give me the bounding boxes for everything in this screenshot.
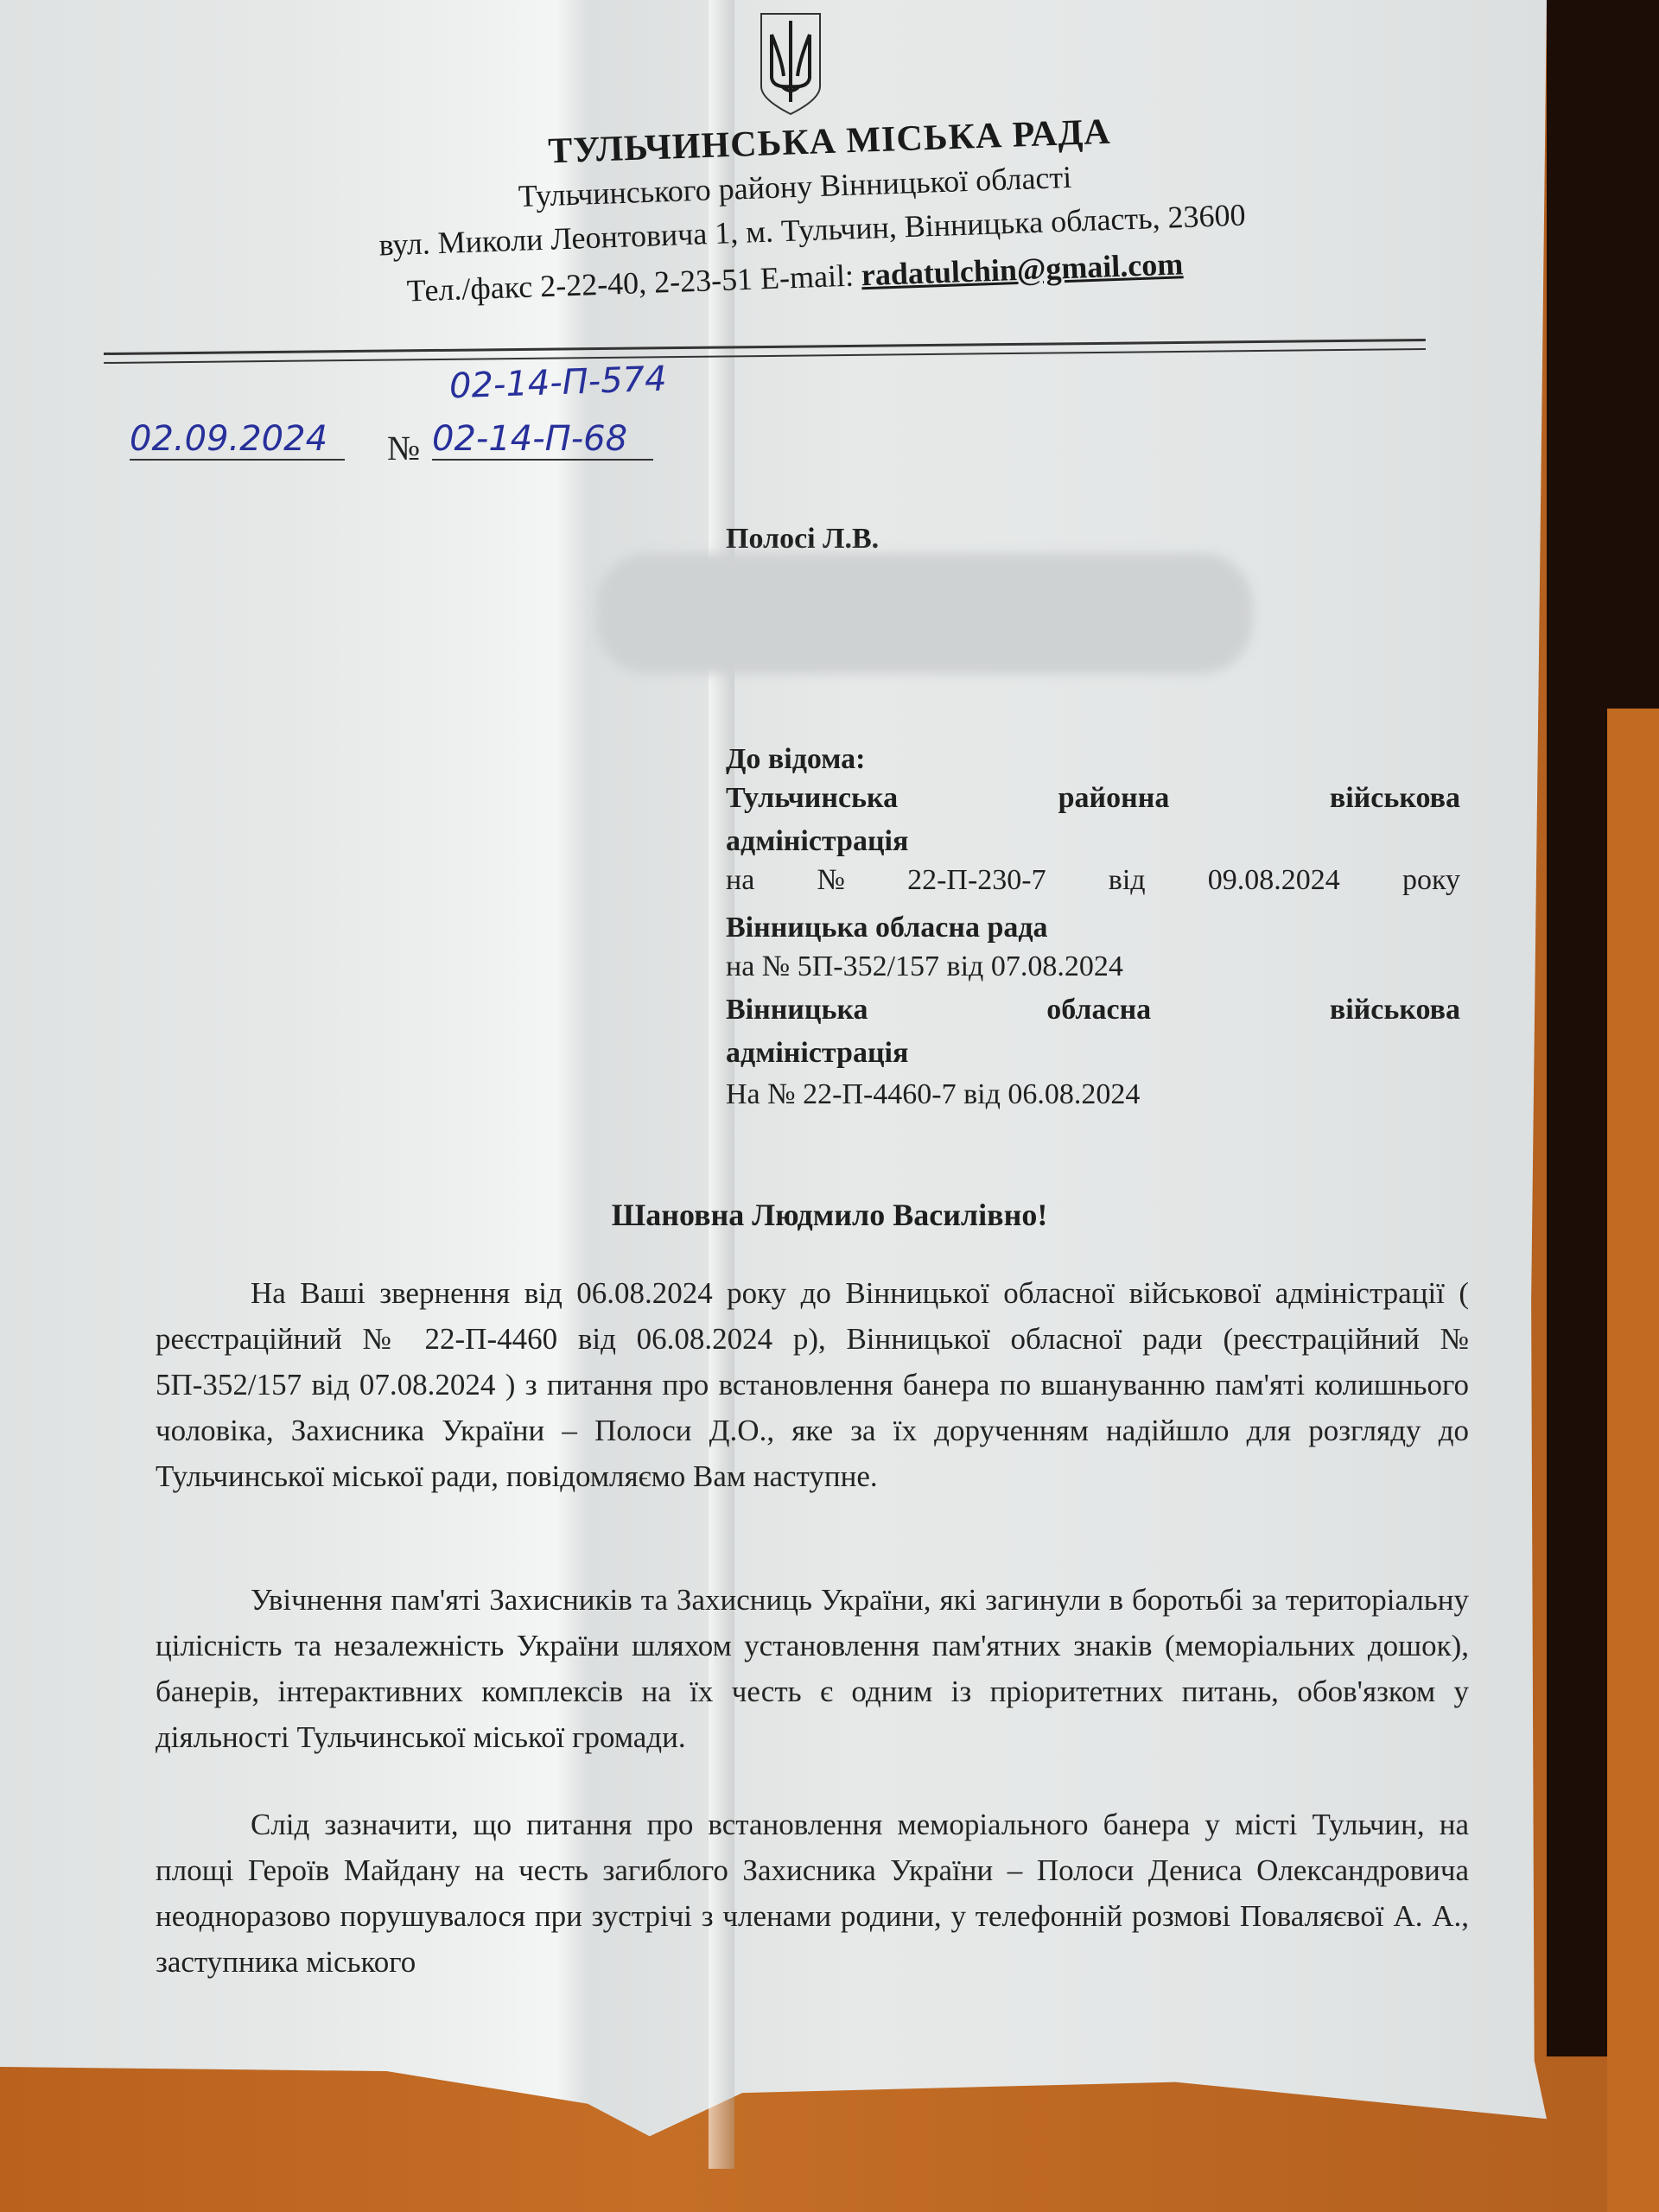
cc-label: До відома: bbox=[726, 743, 1460, 776]
handwritten-incoming-number: 02-14-П-574 bbox=[448, 359, 667, 407]
salutation: Шановна Людмило Василівно! bbox=[0, 1197, 1659, 1233]
cc-ref-3: На № 22-П-4460-7 від 06.08.2024 bbox=[726, 1078, 1460, 1111]
recipient-name: Полосі Л.В. bbox=[726, 523, 1460, 556]
handwritten-outgoing-number: 02-14-П-68 bbox=[432, 419, 653, 461]
cc-org-1-line2: адміністрація bbox=[726, 825, 1460, 858]
table-surface-wood bbox=[1607, 709, 1659, 2212]
redacted-address bbox=[596, 553, 1253, 674]
number-sign: № bbox=[387, 428, 420, 468]
handwritten-date: 02.09.2024 bbox=[130, 419, 345, 461]
body-paragraph-2: Увічнення пам'яті Захисників та Захисниц… bbox=[156, 1577, 1469, 1760]
cc-org-1: Тульчинська районна військова bbox=[726, 782, 1460, 815]
cc-org-3: Вінницька обласна військова bbox=[726, 994, 1460, 1027]
cc-org-2: Вінницька обласна рада bbox=[726, 912, 1460, 944]
cc-org-3-line2: адміністрація bbox=[726, 1037, 1460, 1070]
body-paragraph-1: На Ваші звернення від 06.08.2024 року до… bbox=[156, 1270, 1469, 1499]
cc-ref-1: на № 22-П-230-7 від 09.08.2024 року bbox=[726, 864, 1460, 897]
cc-ref-2: на № 5П-352/157 від 07.08.2024 bbox=[726, 950, 1460, 983]
body-paragraph-3: Слід зазначити, що питання про встановле… bbox=[156, 1802, 1469, 1985]
ukraine-trident-icon bbox=[756, 9, 825, 117]
